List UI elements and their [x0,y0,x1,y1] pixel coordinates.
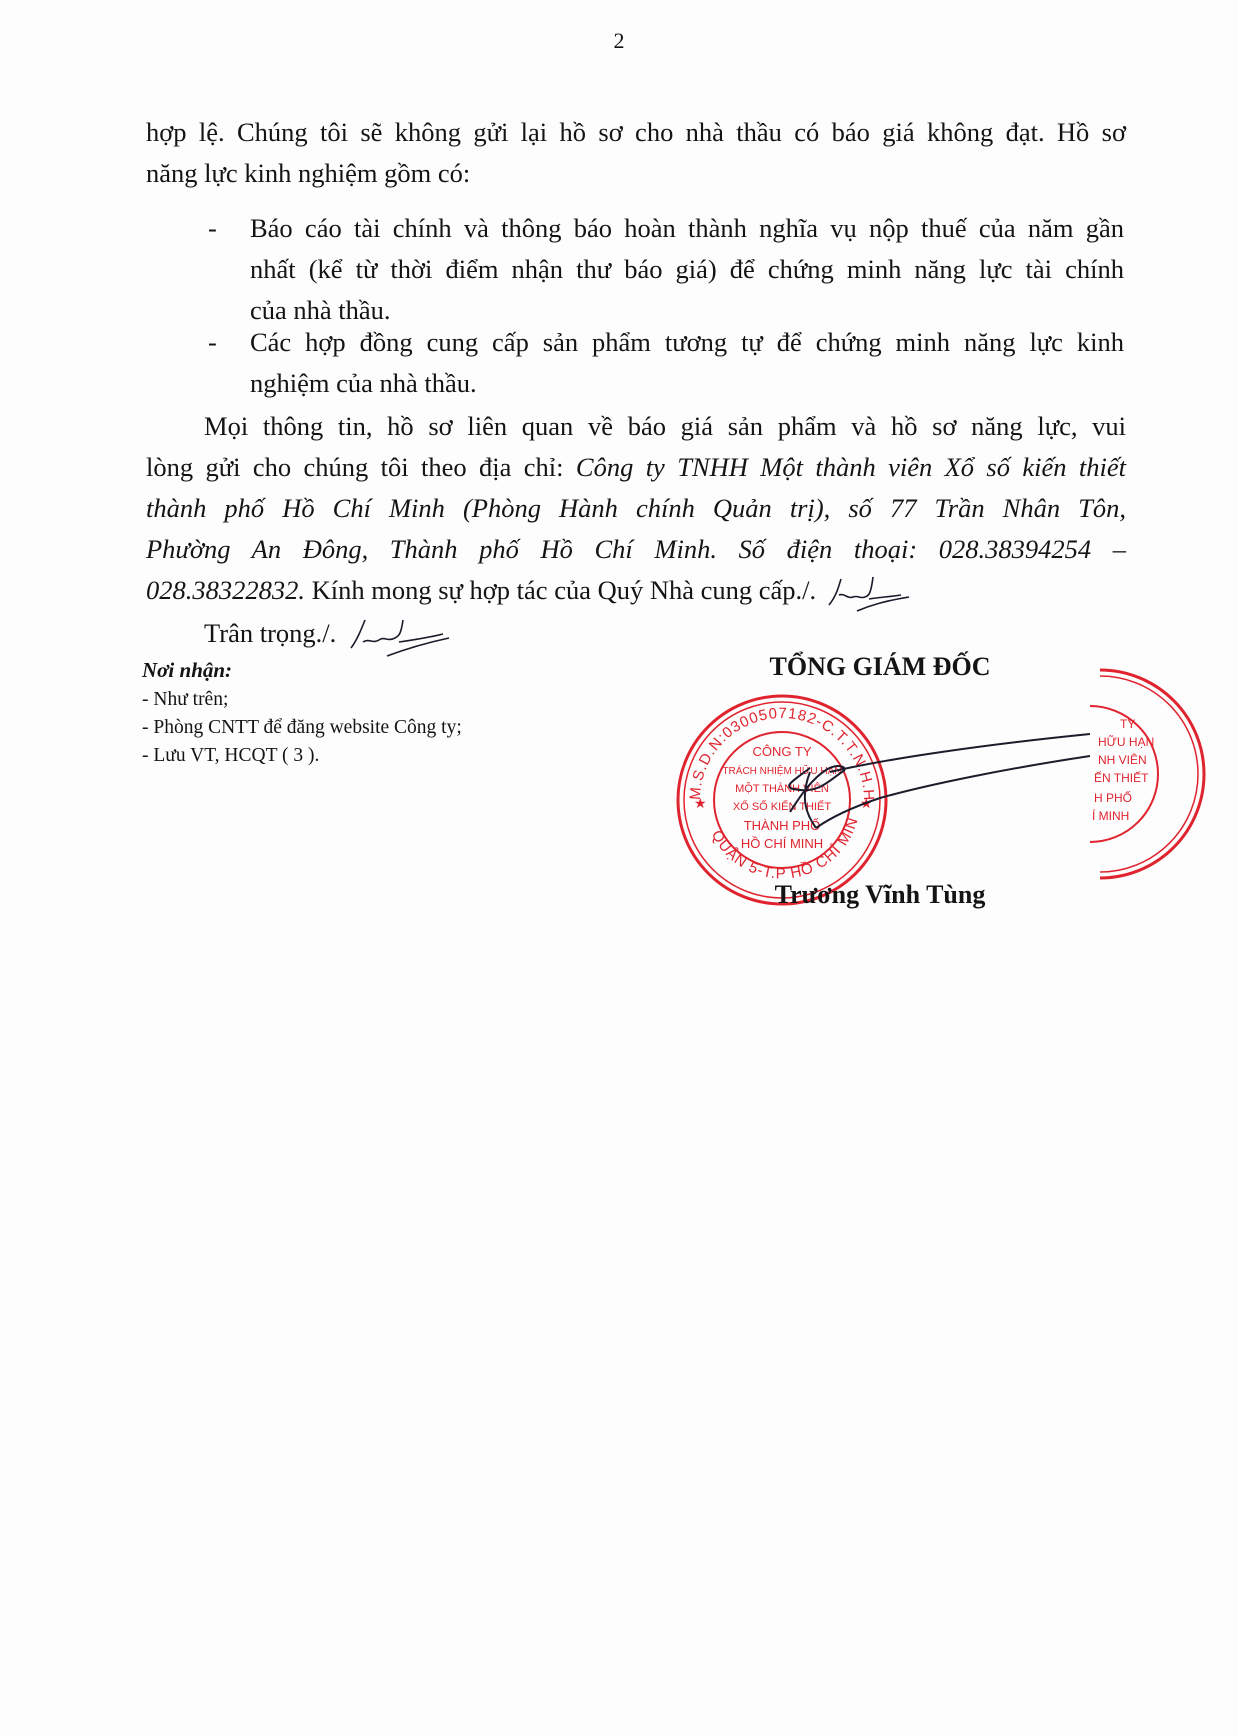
recipient-item: - Phòng CNTT để đăng website Công ty; [142,714,462,742]
signer-title: TỔNG GIÁM ĐỐC [700,652,1060,682]
bullet-item: - Các hợp đồng cung cấp sản phẩm tương t… [204,322,1124,406]
address-line: thành phố Hồ Chí Minh (Phòng Hành chính … [146,488,1126,529]
bullet-marker: - [208,208,217,249]
bullet-line: Báo cáo tài chính và thông báo hoàn thàn… [250,208,1124,249]
partial-stamp-icon: TY HỮU HẠN NH VIÊN ẾN THIẾT H PHỐ Í MINH [1090,664,1238,884]
bullet-item: - Báo cáo tài chính và thông báo hoàn th… [204,208,1124,333]
paragraph-2-line: Mọi thông tin, hồ sơ liên quan về báo gi… [146,406,1126,447]
recipients-block: Nơi nhận: - Như trên; - Phòng CNTT để đă… [142,656,462,770]
bullet-line: nghiệm của nhà thầu. [250,363,1124,404]
svg-text:ẾN THIẾT: ẾN THIẾT [1094,770,1149,785]
address-company: Công ty TNHH Một thành viên Xổ số kiến t… [576,452,1126,482]
initials-signature-icon [823,571,913,615]
svg-text:NH VIÊN: NH VIÊN [1098,752,1147,767]
recipient-item: - Lưu VT, HCQT ( 3 ). [142,742,462,770]
paragraph-1: hợp lệ. Chúng tôi sẽ không gửi lại hồ sơ… [146,112,1126,194]
paragraph-2-line: 028.38322832. Kính mong sự hợp tác của Q… [146,570,1126,615]
closing-text: Trân trọng./. [204,618,336,648]
paragraph-2-line: lòng gửi cho chúng tôi theo địa chỉ: Côn… [146,447,1126,488]
handwritten-signature-icon [770,728,1100,868]
svg-text:★: ★ [694,797,707,812]
paragraph-1-line: hợp lệ. Chúng tôi sẽ không gửi lại hồ sơ… [146,112,1126,153]
recipients-title: Nơi nhận: [142,656,462,684]
bullet-marker: - [208,322,217,363]
paragraph-1-line: năng lực kinh nghiệm gồm có: [146,153,1126,194]
initials-signature-icon [343,612,453,660]
signer-name: Trương Vĩnh Tùng [720,880,1040,910]
svg-text:TY: TY [1120,717,1135,731]
phone-number: 028.38322832. [146,575,305,605]
page-number: 2 [0,28,1238,54]
address-intro: lòng gửi cho chúng tôi theo địa chỉ: [146,452,576,482]
cooperation-text: Kính mong sự hợp tác của Quý Nhà cung cấ… [305,575,816,605]
bullet-line: nhất (kể từ thời điểm nhận thư báo giá) … [250,249,1124,290]
svg-text:HỮU HẠN: HỮU HẠN [1098,734,1154,749]
recipient-item: - Như trên; [142,686,462,714]
paragraph-2: Mọi thông tin, hồ sơ liên quan về báo gi… [146,406,1126,615]
address-line: Phường An Đông, Thành phố Hồ Chí Minh. S… [146,529,1126,570]
bullet-line: Các hợp đồng cung cấp sản phẩm tương tự … [250,322,1124,363]
